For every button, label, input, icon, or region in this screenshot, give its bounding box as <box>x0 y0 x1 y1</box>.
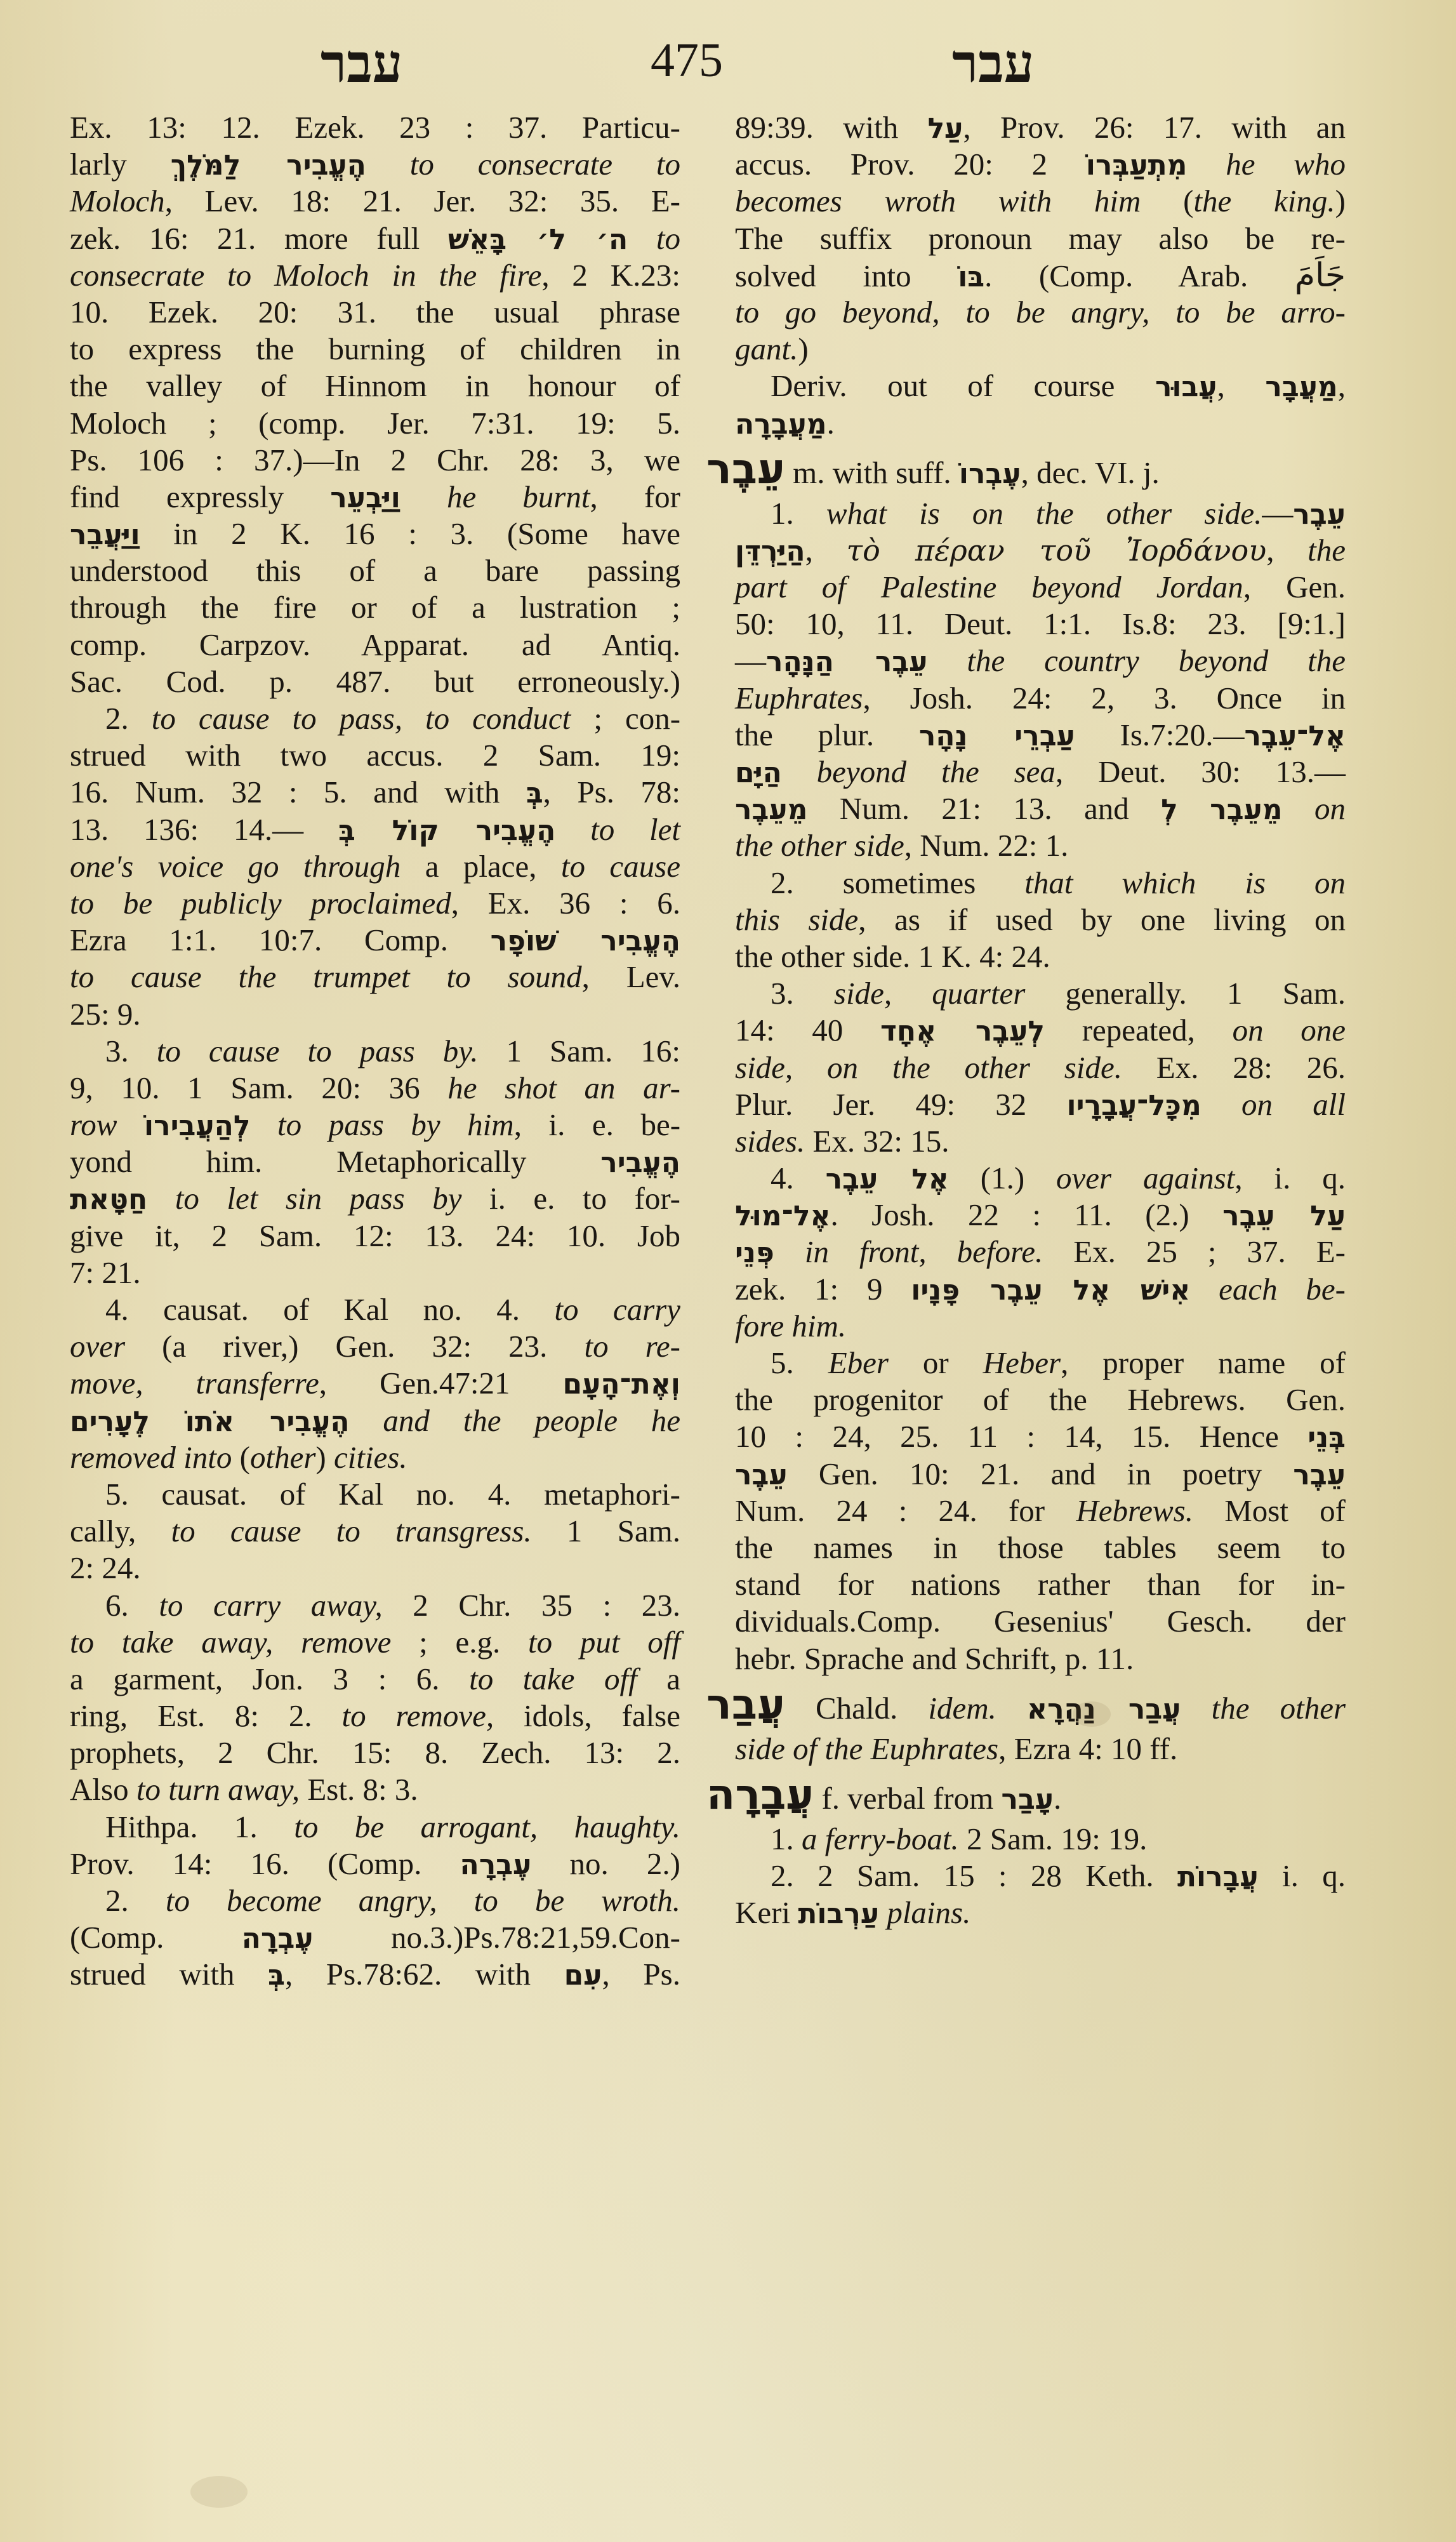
text-line: 2. sometimes that which is on <box>735 865 1346 902</box>
text-span: solved into <box>735 258 958 293</box>
text-span: , Num. 22: 1. <box>904 828 1069 863</box>
text-line: row לְהַעֲבִירוֹ to pass by him, i. e. b… <box>70 1107 680 1143</box>
text-line: 1. a ferry-boat. 2 Sam. 19: 19. <box>735 1821 1346 1858</box>
italic-text: one's voice go through <box>70 849 400 884</box>
text-span: a place, <box>400 849 561 884</box>
text-line: consecrate to Moloch in the fire, 2 K.23… <box>70 257 680 294</box>
text-line: strued with בְּ, Ps.78:62. with עִם, Ps. <box>70 1956 680 1993</box>
text-line: part of Palestine beyond Jordan, Gen. <box>735 569 1346 606</box>
text-line: yond him. Metaphorically הֶעֱבִיר <box>70 1143 680 1180</box>
text-line: חַטָּאת to let sin pass by i. e. to for- <box>70 1180 680 1217</box>
text-span: 2: 24. <box>70 1550 141 1585</box>
hebrew-word: מֵעֵבֶר <box>1210 794 1282 826</box>
text-line: dividuals.Comp. Gesenius' Gesch. der <box>735 1603 1346 1640</box>
italic-text: he burnt <box>400 479 590 514</box>
text-span: , Deut. 30: 13.— <box>1056 754 1346 789</box>
italic-text: the country beyond the <box>927 643 1346 678</box>
italic-text: idem. <box>928 1691 996 1726</box>
text-span: , Ps. 78: <box>543 775 680 809</box>
text-line: to cause the trumpet to sound, Lev. <box>70 959 680 995</box>
text-span: Moloch ; (comp. Jer. 7:31. 19: 5. <box>70 406 680 441</box>
hebrew-word: אֶל־מוּל <box>735 1200 830 1232</box>
text-line: this side, as if used by one living on <box>735 902 1346 938</box>
text-span: , <box>1338 368 1346 403</box>
text-line: (Comp. עֶבְרָה no.3.)Ps.78:21,59.Con- <box>70 1919 680 1956</box>
text-span: , Josh. 24: 2, 3. Once in <box>863 681 1346 715</box>
text-line: 89:39. with עַל, Prov. 26: 17. with an <box>735 109 1346 146</box>
text-span: Chald. <box>785 1691 929 1726</box>
text-line: 3. side, quarter generally. 1 Sam. <box>735 975 1346 1012</box>
text-line: 5. causat. of Kal no. 4. metaphori- <box>70 1476 680 1513</box>
hebrew-word: בְּ <box>526 777 543 809</box>
text-span: understood this of a bare passing <box>70 553 680 588</box>
italic-text: the king. <box>1193 183 1335 218</box>
text-span: the valley of Hinnom in honour of <box>70 368 680 403</box>
text-line: to be publicly proclaimed, Ex. 36 : 6. <box>70 885 680 922</box>
text-span: , Ps. <box>602 1957 680 1992</box>
italic-text: becomes wroth with him <box>735 183 1141 218</box>
text-line: 14: 40 לְעֵבֶר אֶחָד repeated, on one <box>735 1012 1346 1049</box>
italic-text: to re- <box>584 1329 680 1364</box>
italic-text: a ferry-boat. <box>802 1821 959 1856</box>
text-span: ) <box>1335 183 1346 218</box>
text-span: m. with suff. <box>785 455 959 490</box>
hebrew-word: חַטָּאת <box>70 1183 147 1216</box>
text-span: find expressly <box>70 479 330 514</box>
italic-text: side, on the other side. <box>735 1050 1122 1085</box>
text-line: through the fire or of a lustration ; <box>70 589 680 626</box>
text-span: hebr. Sprache and Schrift, p. 11. <box>735 1641 1134 1676</box>
text-line: Deriv. out of course עֲבוּר, מַעֲבָר, <box>735 368 1346 404</box>
text-span <box>1178 791 1210 826</box>
text-line: understood this of a bare passing <box>70 552 680 589</box>
header-left-word: עבר <box>321 32 402 95</box>
hebrew-word: אִישׁ אֶל עֵבֶר פָּנָיו <box>911 1274 1190 1307</box>
hebrew-word: אֶל־עֵבֶר <box>1245 720 1346 752</box>
italic-text: to <box>628 221 680 256</box>
hebrew-word: לְעֵבֶר אֶחָד <box>880 1015 1045 1048</box>
text-line: 3. to cause to pass by. 1 Sam. 16: <box>70 1033 680 1070</box>
text-line: 6. to carry away, 2 Chr. 35 : 23. <box>70 1587 680 1624</box>
text-span: 13. 136: 14.— <box>70 812 338 847</box>
text-line: find expressly וַיַּבְעֵר he burnt, for <box>70 479 680 516</box>
text-span: , for <box>590 479 681 514</box>
hebrew-word: וַיַּעֲבֵר <box>70 519 140 551</box>
text-span: , 2 K.23: <box>541 258 680 293</box>
italic-text: to take away, remove <box>70 1625 391 1660</box>
text-line: עֲבַר Chald. idem. עֲבַר נַהֲרָא the oth… <box>706 1677 1346 1731</box>
text-line: Ezra 1:1. 10:7. Comp. הֶעֱבִיר שׁוֹפָר <box>70 922 680 959</box>
text-line: 10 : 24, 25. 11 : 14, 15. Hence בְּנֵי <box>735 1418 1346 1455</box>
hebrew-word: הֶעֱבִיר קוֹל בְּ <box>338 815 555 847</box>
text-span: ) <box>798 331 808 366</box>
text-line: וַיַּעֲבֵר in 2 K. 16 : 3. (Some have <box>70 516 680 552</box>
text-line: Plur. Jer. 49: 32 מִכָּל־עֲבָרָיו on all <box>735 1086 1346 1123</box>
text-span: strued with <box>70 1957 268 1992</box>
text-span: larly <box>70 147 171 182</box>
hebrew-word: הֶעֱבִיר אֹתוֹ לֶעָרִים <box>70 1406 350 1438</box>
italic-text: to carry away, <box>159 1588 382 1623</box>
italic-text: fore him. <box>735 1308 846 1343</box>
entry-headword: עֲבָרָה <box>706 1770 814 1819</box>
text-span: , <box>805 533 847 568</box>
text-span: zek. 1: 9 <box>735 1272 911 1307</box>
text-line: 10. Ezek. 20: 31. the usual phrase <box>70 294 680 331</box>
hebrew-word: עַל <box>928 112 963 145</box>
text-span: , Ex. 36 : 6. <box>451 886 680 921</box>
text-span: 1 Sam. <box>532 1514 680 1548</box>
text-span: repeated, <box>1045 1013 1233 1048</box>
hebrew-word: עֵבֶר הַנָּהָר <box>766 646 927 678</box>
text-line: becomes wroth with him (the king.) <box>735 183 1346 220</box>
text-span: 2. <box>105 701 152 736</box>
text-line: hebr. Sprache and Schrift, p. 11. <box>735 1640 1346 1677</box>
text-line: zek. 1: 9 אִישׁ אֶל עֵבֶר פָּנָיו each b… <box>735 1271 1346 1308</box>
text-span: , dec. VI. j. <box>1021 455 1160 490</box>
text-line: 50: 10, 11. Deut. 1:1. Is.8: 23. [9:1.] <box>735 606 1346 642</box>
text-line: 2. 2 Sam. 15 : 28 Keth. עֲבָרוֹת i. q. <box>735 1858 1346 1894</box>
italic-text: plains. <box>879 1895 970 1930</box>
text-span: Ex. 28: 26. <box>1122 1050 1346 1085</box>
text-line: sides. Ex. 32: 15. <box>735 1123 1346 1160</box>
text-span: the names in those tables seem to <box>735 1530 1346 1565</box>
text-line: stand for nations rather than for in- <box>735 1566 1346 1603</box>
italic-text: on one <box>1233 1013 1346 1048</box>
text-line: larly הֶעֱבִיר לַמֹּלֶךְ to consecrate t… <box>70 146 680 183</box>
italic-text: on all <box>1201 1087 1346 1122</box>
text-span: Hithpa. 1. <box>105 1809 294 1844</box>
italic-text: consecrate to Moloch in the fire <box>70 258 541 293</box>
text-span: no.3.)Ps.78:21,59.Con- <box>314 1920 680 1955</box>
text-span: — <box>1262 496 1293 531</box>
text-span: , Gen.47:21 <box>319 1366 563 1401</box>
text-span: zek. 16: 21. more full <box>70 221 448 256</box>
text-span: 9, 10. 1 Sam. 20: 36 <box>70 1070 447 1105</box>
italic-text: and the people he <box>350 1403 680 1438</box>
text-line: מַעֲבָרָה. <box>735 405 1346 442</box>
text-span: 5. <box>771 1345 828 1380</box>
hebrew-word: בּוֹ <box>958 261 984 293</box>
italic-text: side, quarter <box>834 976 1025 1011</box>
italic-text: to cause to transgress. <box>171 1514 532 1548</box>
italic-text: to let sin pass by <box>147 1181 461 1216</box>
text-span: to express the burning of children in <box>70 331 680 366</box>
text-span: prophets, 2 Chr. 15: 8. Zech. 13: 2. <box>70 1735 680 1770</box>
text-span: Est. 8: 3. <box>300 1772 418 1807</box>
text-span: , Prov. 26: 17. with an <box>963 110 1346 145</box>
text-span: a <box>637 1661 680 1696</box>
text-span: Num. 21: 13. and <box>807 791 1161 826</box>
text-span: the other side. 1 K. 4: 24. <box>735 939 1050 974</box>
text-line: the other side, Num. 22: 1. <box>735 827 1346 864</box>
text-span: Ex. 25 ; 37. E- <box>1043 1234 1346 1269</box>
italic-text: he shot an ar- <box>447 1070 680 1105</box>
text-span: Sac. Cod. p. 487. but erroneously.) <box>70 664 680 699</box>
hebrew-word: מִכָּל־עֲבָרָיו <box>1067 1089 1201 1122</box>
dictionary-page: עבר 475 עבר Ex. 13: 12. Ezek. 23 : 37. P… <box>0 0 1456 2542</box>
italic-text: what is on the other side. <box>826 496 1262 531</box>
text-span: the progenitor of the Hebrews. Gen. <box>735 1382 1346 1417</box>
text-span: in 2 K. 16 : 3. (Some have <box>140 516 680 551</box>
hebrew-word: עֵבֶר <box>735 1459 788 1491</box>
text-line: אֶל־מוּל. Josh. 22 : 11. (2.) עַל עֵבֶר <box>735 1197 1346 1234</box>
text-span: cally, <box>70 1514 171 1548</box>
text-span: , Lev. <box>582 959 680 994</box>
text-span: 3. <box>105 1034 157 1068</box>
text-span <box>996 1691 1027 1726</box>
italic-text: part of Palestine beyond Jordan <box>735 569 1243 604</box>
italic-text: the other side <box>735 828 904 863</box>
text-span: Deriv. out of course <box>771 368 1155 403</box>
paper-stain <box>190 2476 248 2508</box>
text-line: Moloch ; (comp. Jer. 7:31. 19: 5. <box>70 405 680 442</box>
text-span: 6. <box>105 1588 159 1623</box>
hebrew-word: הֶעֱבִיר שׁוֹפָר <box>491 925 680 957</box>
hebrew-word: מַעֲבָר <box>1265 371 1337 403</box>
text-span: 25: 9. <box>70 997 141 1032</box>
italic-text: to be publicly proclaimed <box>70 886 451 921</box>
text-line: 4. אֶל עֵבֶר (1.) over against, i. q. <box>735 1160 1346 1197</box>
text-span: accus. Prov. 20: 2 <box>735 147 1086 182</box>
text-line: to go beyond, to be angry, to be arro- <box>735 294 1346 331</box>
text-line: to express the burning of children in <box>70 331 680 368</box>
text-span: no. 2.) <box>531 1846 680 1881</box>
text-span: , Lev. 18: 21. Jer. 32: 35. E- <box>165 183 680 218</box>
text-span: , i. q. <box>1234 1161 1346 1195</box>
italic-text: beyond the sea <box>782 754 1056 789</box>
text-line: over (a river,) Gen. 32: 23. to re- <box>70 1328 680 1365</box>
text-line: cally, to cause to transgress. 1 Sam. <box>70 1513 680 1550</box>
text-line: prophets, 2 Chr. 15: 8. Zech. 13: 2. <box>70 1734 680 1771</box>
text-span: 2. sometimes <box>771 865 1024 900</box>
text-span: 2 Sam. 19: 19. <box>959 1821 1148 1856</box>
italic-text: he who <box>1188 147 1346 182</box>
hebrew-word: בְּ <box>268 1959 285 1992</box>
text-span: ( <box>232 1440 250 1475</box>
text-line: —עֵבֶר הַנָּהָר the country beyond the <box>735 642 1346 679</box>
italic-text: move, transferre <box>70 1366 319 1401</box>
text-span: Ex. 13: 12. Ezek. 23 : 37. Particu- <box>70 110 680 145</box>
greek-phrase: τὸ πέραν τοῦ Ἰορδάνου <box>847 533 1267 568</box>
text-span: Ex. 32: 15. <box>805 1124 949 1159</box>
text-span: 50: 10, 11. Deut. 1:1. Is.8: 23. [9:1.] <box>735 606 1346 641</box>
text-span: , i. e. be- <box>514 1107 680 1142</box>
text-line: הַיָּם beyond the sea, Deut. 30: 13.— <box>735 754 1346 790</box>
text-span: yond him. Metaphorically <box>70 1144 600 1179</box>
text-span: Ezra 1:1. 10:7. Comp. <box>70 922 491 957</box>
text-span: or <box>889 1345 983 1380</box>
text-line: Ex. 13: 12. Ezek. 23 : 37. Particu- <box>70 109 680 146</box>
text-line: removed into (other) cities. <box>70 1439 680 1476</box>
text-line: עֵבֶר m. with suff. עֶבְרוֹ, dec. VI. j. <box>706 442 1346 495</box>
text-span: dividuals.Comp. Gesenius' Gesch. der <box>735 1604 1346 1639</box>
text-line: to take away, remove ; e.g. to put off <box>70 1624 680 1661</box>
text-line: הַיַּרְדֵּן, τὸ πέραν τοῦ Ἰορδάνου, the <box>735 532 1346 569</box>
italic-text: Euphrates <box>735 681 863 715</box>
text-line: 4. causat. of Kal no. 4. to carry <box>70 1291 680 1328</box>
text-line: Moloch, Lev. 18: 21. Jer. 32: 35. E- <box>70 183 680 220</box>
text-line: accus. Prov. 20: 2 מִתְעַבְּרוֹ he who <box>735 146 1346 183</box>
text-span: 5. causat. of Kal no. 4. metaphori- <box>105 1477 680 1512</box>
text-line: עֲבָרָה f. verbal from עָבַר. <box>706 1767 1346 1821</box>
text-span: Gen. 10: 21. and in poetry <box>788 1456 1294 1491</box>
text-span: 14: 40 <box>735 1013 880 1048</box>
italic-text: over against <box>1056 1161 1234 1195</box>
text-span: ( <box>1141 183 1193 218</box>
italic-text: this side <box>735 902 858 937</box>
italic-text: on <box>1283 791 1346 826</box>
text-span: Keri <box>735 1895 798 1930</box>
hebrew-word: עֶבְרָה <box>460 1849 532 1881</box>
hebrew-word: הַיַּרְדֵּן <box>735 535 805 568</box>
text-line: 2: 24. <box>70 1550 680 1587</box>
text-line: הֶעֱבִיר אֹתוֹ לֶעָרִים and the people h… <box>70 1402 680 1439</box>
text-line: Keri עַרְבוֹת plains. <box>735 1894 1346 1931</box>
text-line: Sac. Cod. p. 487. but erroneously.) <box>70 663 680 700</box>
hebrew-word: פְּנֵי <box>735 1237 774 1269</box>
hebrew-word: עָבַר <box>1001 1783 1054 1816</box>
text-span: give it, 2 Sam. 12: 13. 24: 10. Job <box>70 1218 680 1253</box>
text-line: 25: 9. <box>70 996 680 1033</box>
italic-text: to pass by him <box>250 1107 513 1142</box>
text-span: . (Comp. Arab. <box>984 258 1295 293</box>
italic-text: to consecrate to <box>366 147 680 182</box>
hebrew-word: מַעֲבָרָה <box>735 408 827 441</box>
text-line: the progenitor of the Hebrews. Gen. <box>735 1381 1346 1418</box>
text-span: Num. 24 : 24. for <box>735 1493 1076 1528</box>
italic-text: over <box>70 1329 125 1364</box>
italic-text: to go beyond, to be angry, to be arro- <box>735 295 1346 329</box>
text-line: Hithpa. 1. to be arrogant, haughty. <box>70 1809 680 1846</box>
text-span: 7: 21. <box>70 1255 141 1290</box>
entry-headword: עֲבַר <box>706 1680 785 1729</box>
text-span: ; e.g. <box>391 1625 528 1660</box>
hebrew-word: אֶל עֵבֶר <box>826 1163 949 1195</box>
italic-text: Moloch <box>70 183 165 218</box>
italic-text: to remove, <box>342 1698 494 1733</box>
text-line: 16. Num. 32 : 5. and with בְּ, Ps. 78: <box>70 774 680 811</box>
text-span: a garment, Jon. 3 : 6. <box>70 1661 469 1696</box>
text-span: 2. <box>105 1883 166 1918</box>
italic-text: in front, before. <box>774 1234 1043 1269</box>
italic-text: to let <box>555 812 680 847</box>
left-column: Ex. 13: 12. Ezek. 23 : 37. Particu-larly… <box>70 109 680 1993</box>
text-line: Prov. 14: 16. (Comp. עֶבְרָה no. 2.) <box>70 1846 680 1882</box>
italic-text: row <box>70 1107 117 1142</box>
text-span: 2 Chr. 35 : 23. <box>383 1588 680 1623</box>
hebrew-word: עִם <box>564 1959 602 1992</box>
text-span: 1. <box>771 1821 802 1856</box>
text-span: , as if used by one living on <box>858 902 1346 937</box>
hebrew-word: הֶעֱבִיר <box>600 1147 680 1179</box>
text-line: the names in those tables seem to <box>735 1529 1346 1566</box>
entry-headword: עֵבֶר <box>706 444 785 493</box>
text-line: the plur. עַבְרֵי נָהָר Is.7:20.—אֶל־עֵב… <box>735 717 1346 754</box>
text-line: solved into בּוֹ. (Comp. Arab. جَاَمَ <box>735 257 1346 294</box>
text-span: . <box>827 406 835 441</box>
italic-text: other <box>250 1440 315 1475</box>
text-span: Plur. Jer. 49: 32 <box>735 1087 1067 1122</box>
text-span: Ps. 106 : 37.)—In 2 Chr. 28: 3, we <box>70 443 680 477</box>
hebrew-word: לְ <box>1161 794 1178 826</box>
text-span: idols, false <box>494 1698 680 1733</box>
page-number: 475 <box>651 33 723 88</box>
text-line: 13. 136: 14.— הֶעֱבִיר קוֹל בְּ to let <box>70 811 680 848</box>
hebrew-word: עֲבוּר <box>1155 371 1217 403</box>
italic-text: Hebrews. <box>1076 1493 1193 1528</box>
italic-text: Heber <box>983 1345 1061 1380</box>
italic-text: sides. <box>735 1124 805 1159</box>
text-line: עֵבֶר Gen. 10: 21. and in poetry עֵבֶר <box>735 1456 1346 1493</box>
italic-text: to be arrogant, haughty. <box>294 1809 680 1844</box>
italic-text: Eber <box>828 1345 889 1380</box>
hebrew-word: ה׳ ל׳ בָּאֵשׁ <box>448 223 628 256</box>
text-span <box>117 1107 144 1142</box>
italic-text: each be- <box>1190 1272 1346 1307</box>
italic-text: to carry <box>554 1292 680 1327</box>
italic-text: side of the Euphrates <box>735 1731 998 1766</box>
text-span: ring, Est. 8: 2. <box>70 1698 342 1733</box>
hebrew-word: עֵבֶר <box>1293 1459 1346 1491</box>
text-span: (Comp. <box>70 1920 242 1955</box>
italic-text: to turn away, <box>136 1772 300 1807</box>
text-line: ring, Est. 8: 2. to remove, idols, false <box>70 1698 680 1734</box>
italic-text: to cause to pass by. <box>157 1034 479 1068</box>
hebrew-word: הֶעֱבִיר לַמֹּלֶךְ <box>171 149 366 182</box>
text-span: , <box>1266 533 1307 568</box>
text-span: . <box>1054 1781 1061 1816</box>
text-span: 89:39. with <box>735 110 928 145</box>
text-line: gant.) <box>735 331 1346 368</box>
text-line: give it, 2 Sam. 12: 13. 24: 10. Job <box>70 1218 680 1254</box>
text-span: 1 Sam. 16: <box>479 1034 681 1068</box>
hebrew-word: הַיָּם <box>735 757 782 789</box>
text-span: stand for nations rather than for in- <box>735 1567 1346 1602</box>
italic-text: to cause the trumpet to sound <box>70 959 582 994</box>
italic-text: to put off <box>528 1625 680 1660</box>
text-line: 7: 21. <box>70 1254 680 1291</box>
hebrew-word: עַרְבוֹת <box>798 1898 879 1930</box>
text-span: 4. <box>771 1161 826 1195</box>
italic-text: to cause to pass, to conduct <box>152 701 571 736</box>
page-header: עבר 475 עבר <box>0 25 1456 102</box>
hebrew-word: עֵבֶר <box>1293 498 1346 531</box>
text-span: i. q. <box>1259 1858 1346 1893</box>
text-span: , Gen. <box>1243 569 1346 604</box>
text-line: 1. what is on the other side.—עֵבֶר <box>735 495 1346 532</box>
text-line: a garment, Jon. 3 : 6. to take off a <box>70 1661 680 1698</box>
italic-text: that which is on <box>1024 865 1346 900</box>
hebrew-word: עֶבְרָה <box>242 1922 314 1955</box>
hebrew-word: בְּנֵי <box>1307 1421 1346 1454</box>
text-line: 2. to become angry, to be wroth. <box>70 1882 680 1919</box>
text-line: comp. Carpzov. Apparat. ad Antiq. <box>70 627 680 663</box>
text-line: one's voice go through a place, to cause <box>70 848 680 885</box>
right-column: 89:39. with עַל, Prov. 26: 17. with anac… <box>735 109 1346 1931</box>
hebrew-word: עַל עֵבֶר <box>1222 1200 1346 1232</box>
text-line: strued with two accus. 2 Sam. 19: <box>70 737 680 774</box>
text-line: 9, 10. 1 Sam. 20: 36 he shot an ar- <box>70 1070 680 1107</box>
text-span: 10 : 24, 25. 11 : 14, 15. Hence <box>735 1419 1307 1454</box>
text-span: Most of <box>1193 1493 1346 1528</box>
hebrew-word: וַיַּבְעֵר <box>330 482 400 514</box>
text-span: ; con- <box>571 701 680 736</box>
text-span: 4. causat. of Kal no. 4. <box>105 1292 554 1327</box>
italic-text: to take off <box>469 1661 637 1696</box>
text-span: 10. Ezek. 20: 31. the usual phrase <box>70 295 680 329</box>
text-span: , proper name of <box>1061 1345 1346 1380</box>
text-span: Prov. 14: 16. (Comp. <box>70 1846 460 1881</box>
